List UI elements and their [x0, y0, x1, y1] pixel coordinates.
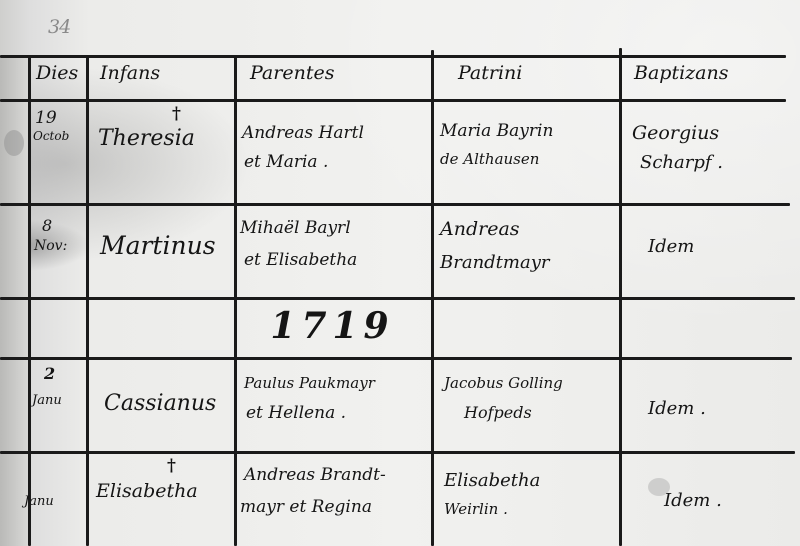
godparents-line-2: de Althausen: [440, 150, 539, 169]
baptizer-line-2: Scharpf .: [640, 152, 723, 175]
parents-line-1: Andreas Hartl: [242, 123, 364, 144]
godparents-line-2: Weirlin .: [444, 500, 508, 519]
parents-line-2: et Hellena .: [246, 403, 346, 424]
parents-line-1: Mihaël Bayrl: [240, 218, 351, 239]
grid-line-header-bottom: [0, 99, 786, 102]
parents-line-1: Paulus Paukmayr: [244, 374, 375, 393]
parents-line-2: et Maria .: [244, 152, 328, 173]
infant-name: Theresia: [98, 125, 195, 153]
godparents-line-2: Brandtmayr: [440, 252, 550, 275]
grid-line-row3: [0, 451, 795, 454]
infant-name: Elisabetha: [96, 480, 198, 504]
dies-month: Nov:: [34, 238, 67, 256]
grid-line-year: [0, 357, 792, 360]
header-infans: Infans: [100, 62, 230, 96]
grid-col-parentes: [431, 50, 434, 546]
grid-col-infans: [234, 55, 237, 546]
infant-name: Martinus: [100, 230, 216, 261]
grid-col-dies: [86, 55, 89, 546]
header-parentes: Parentes: [250, 62, 425, 96]
header-patrini: Patrini: [458, 62, 613, 96]
ink-stain: [4, 130, 24, 156]
baptizer-idem: Idem .: [648, 398, 706, 421]
dies-day: 8: [42, 216, 52, 236]
header-dies: Dies: [36, 62, 84, 96]
godparents-line-1: Jacobus Golling: [444, 374, 563, 393]
grid-col-margin: [28, 55, 31, 546]
godparents-line-1: Elisabetha: [444, 470, 540, 493]
infant-name: Cassianus: [104, 390, 216, 418]
dies-month: Janu: [24, 494, 54, 510]
baptizer-idem: Idem: [648, 236, 694, 259]
baptizer-idem: Idem .: [664, 490, 722, 513]
page-margin-shadow: [0, 55, 28, 546]
godparents-line-2: Hofpeds: [464, 403, 532, 423]
deceased-cross-icon: †: [172, 104, 181, 124]
parents-line-2: et Elisabetha: [244, 250, 357, 271]
year-divider: 1719: [234, 304, 431, 349]
parents-line-1: Andreas Brandt-: [244, 465, 386, 486]
godparents-line-1: Andreas: [440, 218, 520, 242]
grid-line-row2: [0, 297, 795, 300]
dies-day: 2: [44, 364, 55, 384]
register-page: 34 Dies Infans Parentes Patrini Baptizan…: [0, 0, 800, 546]
dies-month: Janu: [32, 393, 62, 409]
parents-line-2: mayr et Regina: [240, 497, 372, 518]
deceased-cross-icon: †: [167, 456, 176, 476]
godparents-line-1: Maria Bayrin: [440, 121, 553, 142]
dies-day: 19: [35, 108, 57, 129]
header-baptizans: Baptizans: [634, 62, 784, 96]
grid-line-top: [0, 55, 786, 58]
grid-line-row1: [0, 203, 790, 206]
grid-col-patrini: [619, 48, 622, 546]
baptizer-line-1: Georgius: [632, 122, 719, 146]
dies-month: Octob: [33, 129, 69, 144]
page-number: 34: [48, 16, 70, 38]
